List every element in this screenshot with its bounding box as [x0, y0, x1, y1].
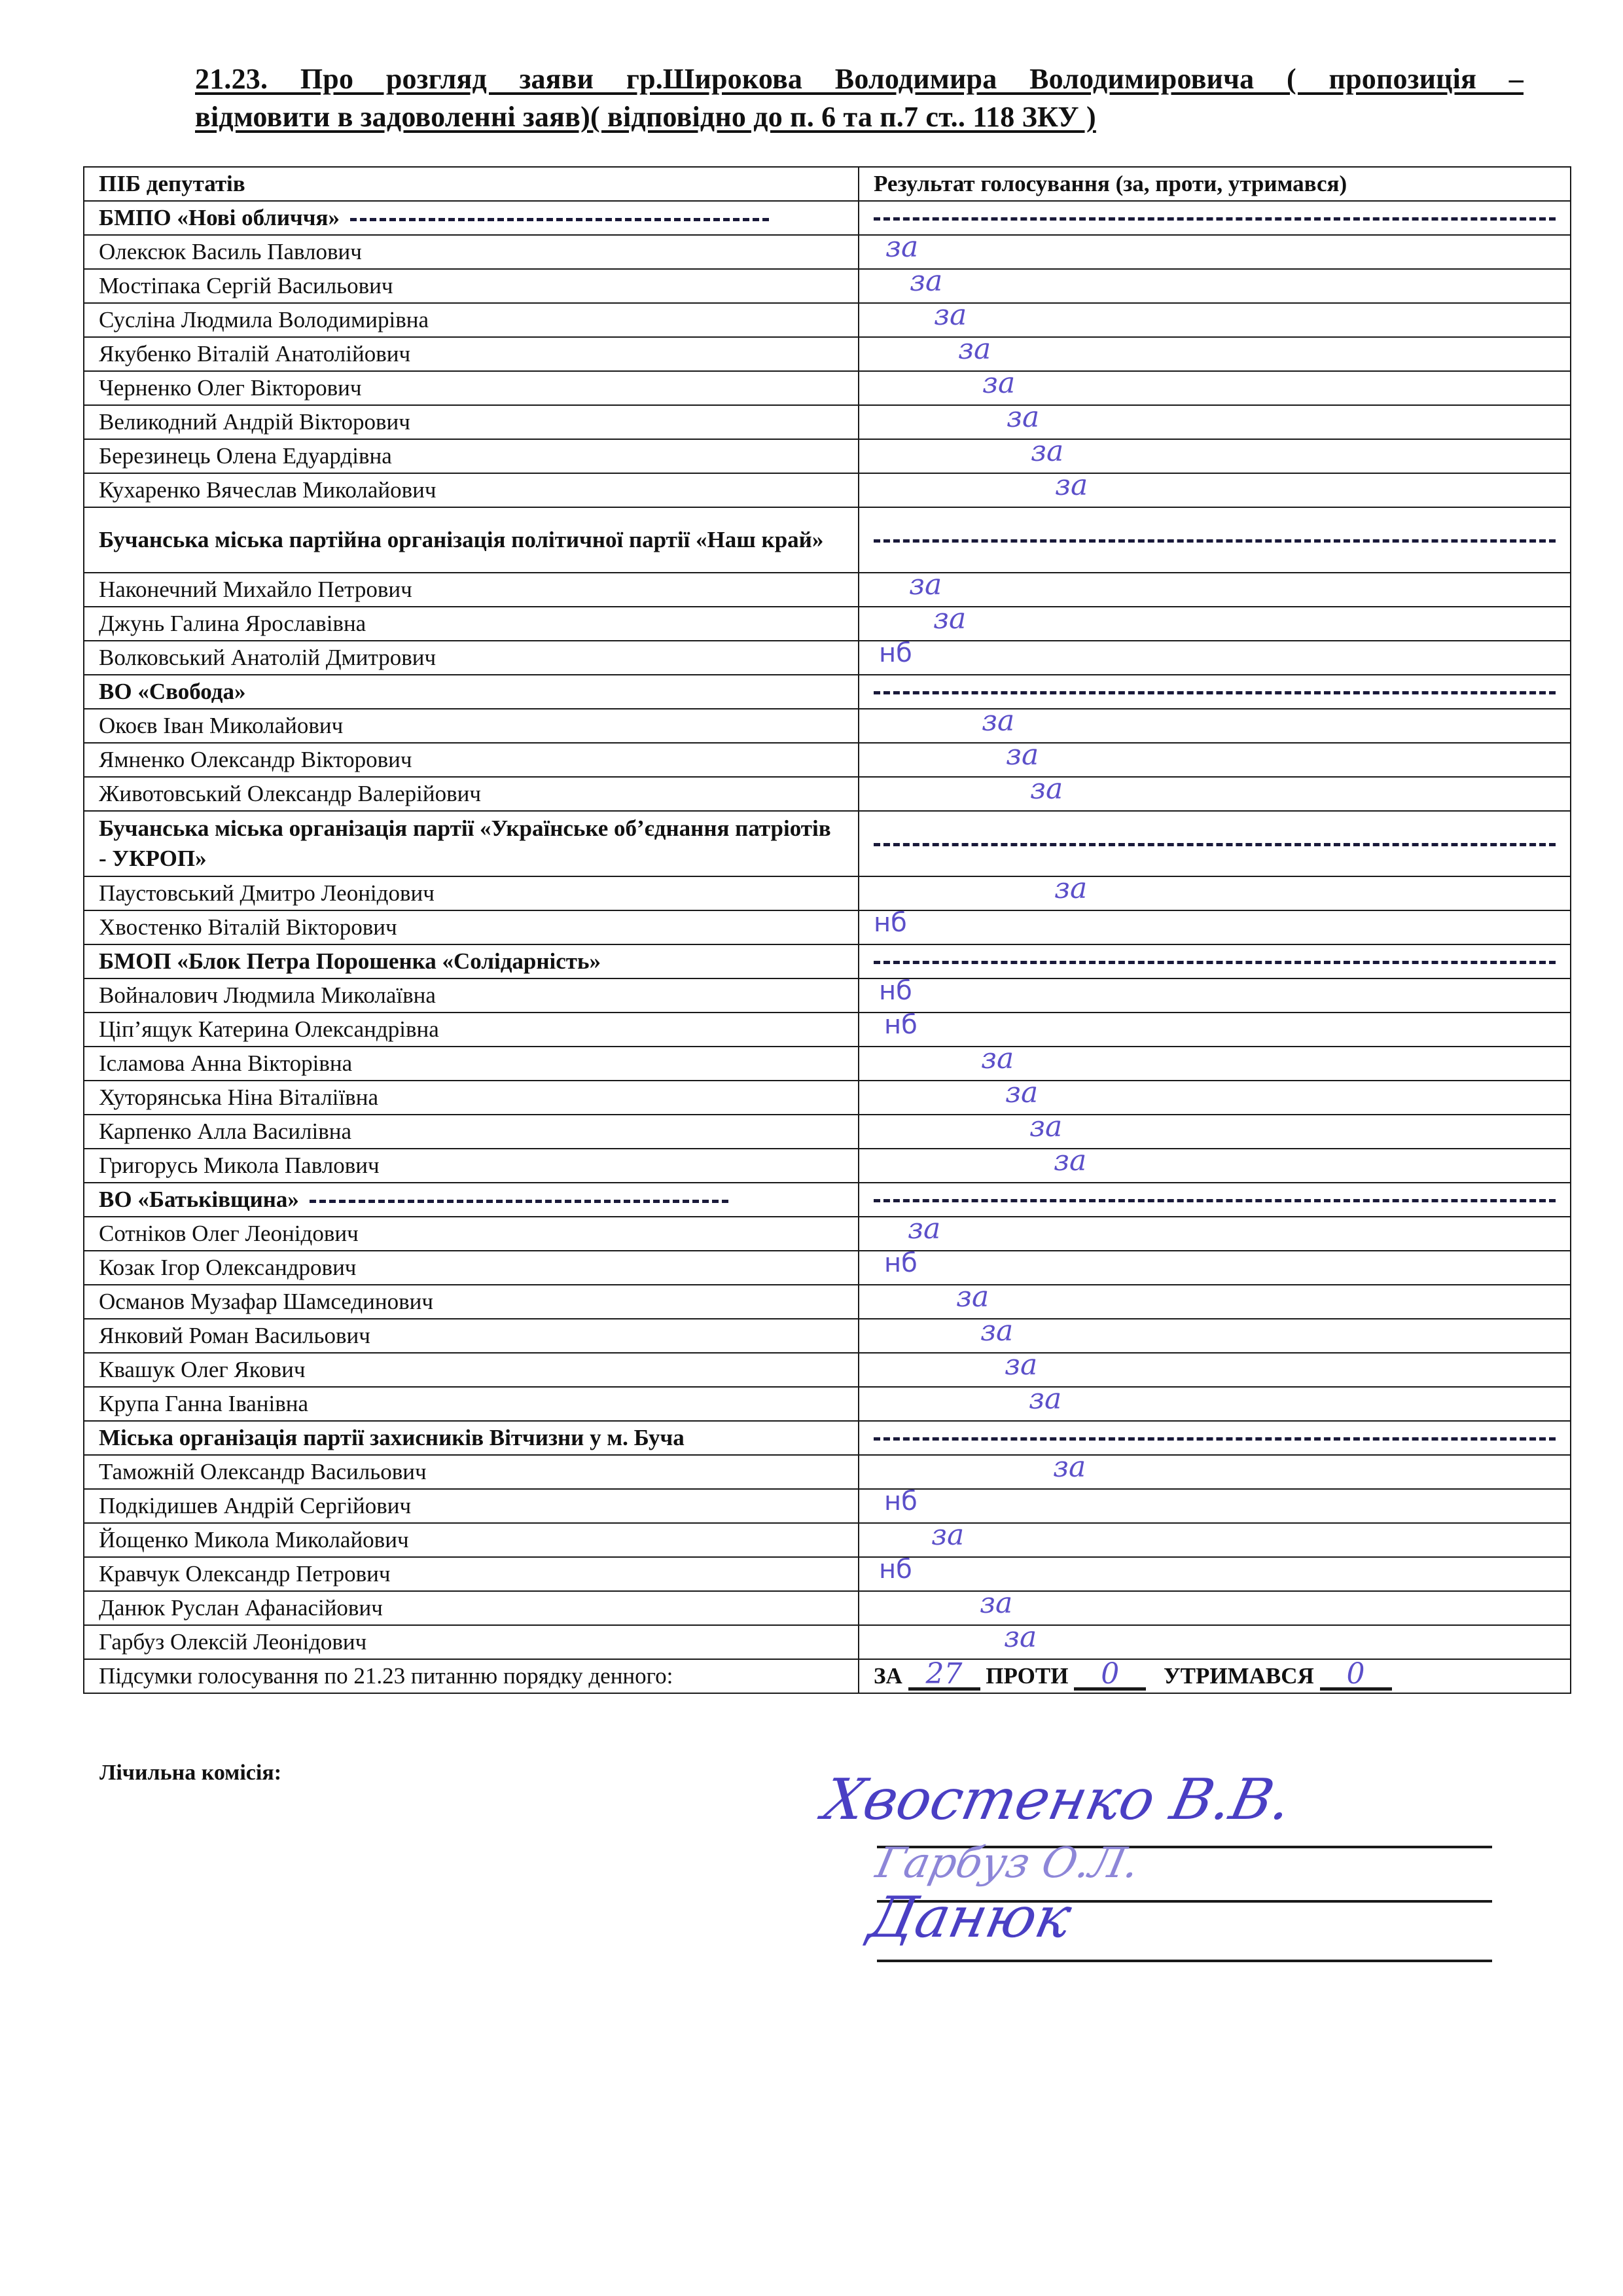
deputy-name: Гарбуз Олексій Леонідович — [84, 1625, 859, 1659]
vote-result-cell[interactable]: за — [859, 1319, 1571, 1353]
deputy-row: Григорусь Микола Павловичза — [84, 1149, 1571, 1183]
vote-result-cell[interactable]: нб — [859, 1013, 1571, 1047]
deputy-name: Окоєв Іван Миколайович — [84, 709, 859, 743]
deputy-name: Великодний Андрій Вікторович — [84, 405, 859, 439]
title-line-2: відмовити в задоволенні заяв)( відповідн… — [195, 98, 1524, 136]
handwritten-for-mark: за — [958, 334, 991, 365]
deputy-row: Войналович Людмила Миколаївнанб — [84, 978, 1571, 1013]
summary-label: Підсумки голосування по 21.23 питанню по… — [84, 1659, 859, 1693]
against-label: ПРОТИ — [986, 1663, 1068, 1689]
deputy-name: Квашук Олег Якович — [84, 1353, 859, 1387]
handwritten-for-mark: за — [1054, 873, 1087, 905]
party-group-result-placeholder — [859, 1421, 1571, 1455]
deputy-name: Наконечний Михайло Петрович — [84, 573, 859, 607]
deputy-name: Таможній Олександр Васильович — [84, 1455, 859, 1489]
against-count[interactable]: 0 — [1074, 1661, 1146, 1691]
dash-filler — [874, 961, 1556, 964]
party-group-row: БМПО «Нові обличчя» — [84, 201, 1571, 235]
party-group-row: Міська організація партії захисників Віт… — [84, 1421, 1571, 1455]
counting-commission-label: Лічильна комісія: — [99, 1761, 281, 1785]
deputy-name: Ціп’ящук Катерина Олександрівна — [84, 1013, 859, 1047]
deputy-name: Войналович Людмила Миколаївна — [84, 978, 859, 1013]
handwritten-for-mark: за — [934, 300, 967, 331]
deputy-row: Волковський Анатолій Дмитровичнб — [84, 641, 1571, 675]
agenda-item-title: 21.23. Про розгляд заяви гр.Широкова Вол… — [195, 60, 1524, 136]
party-group-name: ВО «Батьківщина» — [84, 1183, 859, 1217]
deputy-name: Кравчук Олександр Петрович — [84, 1557, 859, 1591]
vote-result-cell[interactable]: за — [859, 371, 1571, 405]
handwritten-for-mark: за — [1004, 1622, 1037, 1653]
deputy-row: Сотніков Олег Леонідовичза — [84, 1217, 1571, 1251]
deputy-name: Хвостенко Віталій Вікторович — [84, 910, 859, 944]
deputy-row: Козак Ігор Олександровичнб — [84, 1251, 1571, 1285]
deputy-name: Мостіпака Сергій Васильович — [84, 269, 859, 303]
dash-filler — [874, 843, 1556, 846]
deputy-row: Подкідишев Андрій Сергійовичнб — [84, 1489, 1571, 1523]
deputy-name: Османов Музафар Шамсединович — [84, 1285, 859, 1319]
handwritten-for-mark: за — [931, 1520, 964, 1551]
party-group-row: ВО «Батьківщина» — [84, 1183, 1571, 1217]
party-name-text: ВО «Батьківщина» — [99, 1187, 299, 1212]
dash-filler — [874, 539, 1556, 543]
handwritten-for-mark: за — [1006, 740, 1039, 771]
deputy-row: Сусліна Людмила Володимирівназа — [84, 303, 1571, 337]
vote-result-cell[interactable]: за — [859, 1625, 1571, 1659]
vote-result-cell[interactable]: за — [859, 743, 1571, 777]
handwritten-for-mark: за — [1053, 1452, 1086, 1483]
vote-result-cell[interactable]: за — [859, 1047, 1571, 1081]
for-label: ЗА — [874, 1663, 902, 1689]
deputy-row: Хуторянська Ніна Віталіївназа — [84, 1081, 1571, 1115]
vote-result-cell[interactable]: за — [859, 1081, 1571, 1115]
handwritten-for-mark: за — [980, 1588, 1012, 1619]
deputy-row: Ціп’ящук Катерина Олександрівнанб — [84, 1013, 1571, 1047]
deputy-row: Янковий Роман Васильовичза — [84, 1319, 1571, 1353]
handwritten-absent-mark: нб — [884, 1009, 918, 1041]
dash-filler — [874, 691, 1556, 694]
handwritten-absent-mark: нб — [874, 907, 907, 939]
deputy-row: Кравчук Олександр Петровичнб — [84, 1557, 1571, 1591]
handwritten-for-mark: за — [1055, 470, 1088, 501]
abstain-label: УТРИМАВСЯ — [1164, 1663, 1314, 1689]
vote-result-cell[interactable]: за — [859, 876, 1571, 910]
handwritten-for-mark: за — [981, 1043, 1014, 1075]
for-count[interactable]: 27 — [908, 1661, 980, 1691]
deputy-name: Якубенко Віталій Анатолійович — [84, 337, 859, 371]
dash-filler — [350, 218, 769, 221]
deputy-row: Ямненко Олександр Вікторовичза — [84, 743, 1571, 777]
vote-result-cell[interactable]: за — [859, 1149, 1571, 1183]
signature-3: Данюк — [863, 1885, 1077, 1950]
deputy-name: Хуторянська Ніна Віталіївна — [84, 1081, 859, 1115]
deputy-row: Крупа Ганна Іванівназа — [84, 1387, 1571, 1421]
deputy-name: Карпенко Алла Василівна — [84, 1115, 859, 1149]
deputy-row: Хвостенко Віталій Вікторовичнб — [84, 910, 1571, 944]
deputy-name: Джунь Галина Ярославівна — [84, 607, 859, 641]
deputy-row: Карпенко Алла Василівназа — [84, 1115, 1571, 1149]
handwritten-for-mark: за — [933, 603, 966, 635]
vote-result-cell[interactable]: за — [859, 405, 1571, 439]
vote-result-cell[interactable]: за — [859, 337, 1571, 371]
party-group-name: Бучанська міська партійна організація по… — [84, 507, 859, 573]
dash-filler — [874, 1437, 1556, 1441]
vote-result-cell[interactable]: нб — [859, 978, 1571, 1013]
voting-table: ПІБ депутатів Результат голосування (за,… — [83, 166, 1571, 1694]
vote-result-cell[interactable]: за — [859, 235, 1571, 269]
deputy-name: Ямненко Олександр Вікторович — [84, 743, 859, 777]
deputy-name: Паустовський Дмитро Леонідович — [84, 876, 859, 910]
vote-result-cell[interactable]: за — [859, 1217, 1571, 1251]
dash-filler — [874, 217, 1556, 221]
deputy-name: Олексюк Василь Павлович — [84, 235, 859, 269]
deputy-row: Великодний Андрій Вікторовичза — [84, 405, 1571, 439]
table-header-row: ПІБ депутатів Результат голосування (за,… — [84, 167, 1571, 201]
deputy-row: Османов Музафар Шамсединовичза — [84, 1285, 1571, 1319]
vote-result-cell[interactable]: за — [859, 607, 1571, 641]
handwritten-for-mark: за — [1029, 1384, 1061, 1415]
dash-filler — [874, 1199, 1556, 1202]
handwritten-for-mark: за — [1030, 774, 1063, 805]
deputy-row: Таможній Олександр Васильовичза — [84, 1455, 1571, 1489]
deputy-row: Животовський Олександр Валерійовичза — [84, 777, 1571, 811]
deputy-name: Янковий Роман Васильович — [84, 1319, 859, 1353]
handwritten-absent-mark: нб — [879, 637, 912, 669]
deputy-row: Мостіпака Сергій Васильовичза — [84, 269, 1571, 303]
party-group-row: Бучанська міська партійна організація по… — [84, 507, 1571, 573]
vote-result-cell[interactable]: за — [859, 777, 1571, 811]
deputy-row: Олексюк Василь Павловичза — [84, 235, 1571, 269]
summary-tally: ЗА 27 ПРОТИ 0 УТРИМАВСЯ 0 — [859, 1659, 1571, 1693]
party-group-row: Бучанська міська організація партії «Укр… — [84, 811, 1571, 876]
handwritten-for-mark: за — [909, 569, 942, 601]
handwritten-absent-mark: нб — [879, 1554, 912, 1585]
deputy-name: Животовський Олександр Валерійович — [84, 777, 859, 811]
vote-result-cell[interactable]: за — [859, 1115, 1571, 1149]
abstain-count[interactable]: 0 — [1320, 1661, 1392, 1691]
handwritten-for-mark: за — [1005, 1077, 1038, 1109]
party-group-name: ВО «Свобода» — [84, 675, 859, 709]
handwritten-for-mark: за — [1031, 436, 1063, 467]
deputy-row: Гарбуз Олексій Леонідовичза — [84, 1625, 1571, 1659]
deputy-name: Черненко Олег Вікторович — [84, 371, 859, 405]
deputy-name: Березинець Олена Едуардівна — [84, 439, 859, 473]
deputy-name: Козак Ігор Олександрович — [84, 1251, 859, 1285]
deputy-row: Квашук Олег Яковичза — [84, 1353, 1571, 1387]
handwritten-for-mark: за — [910, 266, 942, 297]
header-result: Результат голосування (за, проти, утрима… — [859, 167, 1571, 201]
handwritten-absent-mark: нб — [879, 975, 912, 1007]
deputy-name: Григорусь Микола Павлович — [84, 1149, 859, 1183]
party-group-result-placeholder — [859, 675, 1571, 709]
handwritten-absent-mark: нб — [884, 1247, 918, 1279]
party-name-text: Бучанська міська організація партії «Укр… — [99, 816, 831, 871]
party-group-result-placeholder — [859, 811, 1571, 876]
deputy-row: Джунь Галина Ярославівназа — [84, 607, 1571, 641]
vote-result-cell[interactable]: за — [859, 1591, 1571, 1625]
handwritten-for-mark: за — [908, 1213, 940, 1245]
party-group-name: БМОП «Блок Петра Порошенка «Солідарність… — [84, 944, 859, 978]
signature-2: Гарбуз О.Л. — [872, 1839, 1143, 1888]
vote-result-cell[interactable]: за — [859, 473, 1571, 507]
deputy-row: Ісламова Анна Вікторівназа — [84, 1047, 1571, 1081]
vote-result-cell[interactable]: за — [859, 1387, 1571, 1421]
summary-row: Підсумки голосування по 21.23 питанню по… — [84, 1659, 1571, 1693]
vote-result-cell[interactable]: за — [859, 439, 1571, 473]
party-group-result-placeholder — [859, 944, 1571, 978]
handwritten-for-mark: за — [982, 706, 1014, 737]
party-name-text: ВО «Свобода» — [99, 679, 246, 704]
handwritten-for-mark: за — [982, 368, 1015, 399]
handwritten-for-mark: за — [1029, 1111, 1062, 1143]
party-name-text: Міська організація партії захисників Віт… — [99, 1425, 685, 1450]
party-group-name: Міська організація партії захисників Віт… — [84, 1421, 859, 1455]
vote-result-cell[interactable]: нб — [859, 910, 1571, 944]
signature-1: Хвостенко В.В. — [817, 1767, 1297, 1833]
title-line-1: 21.23. Про розгляд заяви гр.Широкова Вол… — [195, 60, 1524, 98]
party-group-result-placeholder — [859, 1183, 1571, 1217]
deputy-name: Кухаренко Вячеслав Миколайович — [84, 473, 859, 507]
party-group-result-placeholder — [859, 507, 1571, 573]
vote-result-cell[interactable]: за — [859, 709, 1571, 743]
deputy-row: Окоєв Іван Миколайовичза — [84, 709, 1571, 743]
deputy-name: Йощенко Микола Миколайович — [84, 1523, 859, 1557]
handwritten-for-mark: за — [980, 1316, 1013, 1347]
deputy-name: Ісламова Анна Вікторівна — [84, 1047, 859, 1081]
party-group-row: ВО «Свобода» — [84, 675, 1571, 709]
handwritten-absent-mark: нб — [884, 1486, 918, 1517]
party-name-text: Бучанська міська партійна організація по… — [99, 527, 823, 552]
handwritten-for-mark: за — [885, 232, 918, 263]
vote-result-cell[interactable]: нб — [859, 1489, 1571, 1523]
deputy-row: Кухаренко Вячеслав Миколайовичза — [84, 473, 1571, 507]
deputy-name: Сусліна Людмила Володимирівна — [84, 303, 859, 337]
deputy-name: Сотніков Олег Леонідович — [84, 1217, 859, 1251]
handwritten-for-mark: за — [956, 1282, 989, 1313]
deputy-name: Данюк Руслан Афанасійович — [84, 1591, 859, 1625]
vote-result-cell[interactable]: за — [859, 1523, 1571, 1557]
party-group-name: БМПО «Нові обличчя» — [84, 201, 859, 235]
deputy-row: Паустовський Дмитро Леонідовичза — [84, 876, 1571, 910]
party-name-text: БМОП «Блок Петра Порошенка «Солідарність… — [99, 948, 601, 974]
deputy-row: Черненко Олег Вікторовичза — [84, 371, 1571, 405]
vote-result-cell[interactable]: нб — [859, 1557, 1571, 1591]
handwritten-for-mark: за — [1054, 1145, 1086, 1177]
party-group-name: Бучанська міська організація партії «Укр… — [84, 811, 859, 876]
deputy-row: Данюк Руслан Афанасійовичза — [84, 1591, 1571, 1625]
party-group-row: БМОП «Блок Петра Порошенка «Солідарність… — [84, 944, 1571, 978]
handwritten-for-mark: за — [1005, 1350, 1037, 1381]
deputy-row: Березинець Олена Едуардівназа — [84, 439, 1571, 473]
deputy-name: Подкідишев Андрій Сергійович — [84, 1489, 859, 1523]
party-group-result-placeholder — [859, 201, 1571, 235]
signature-line-3 — [877, 1960, 1492, 1962]
deputy-name: Волковський Анатолій Дмитрович — [84, 641, 859, 675]
deputy-row: Йощенко Микола Миколайовичза — [84, 1523, 1571, 1557]
header-deputies: ПІБ депутатів — [84, 167, 859, 201]
vote-result-cell[interactable]: за — [859, 1285, 1571, 1319]
deputy-row: Наконечний Михайло Петровичза — [84, 573, 1571, 607]
vote-result-cell[interactable]: за — [859, 1353, 1571, 1387]
party-name-text: БМПО «Нові обличчя» — [99, 205, 340, 230]
dash-filler — [310, 1200, 728, 1203]
vote-result-cell[interactable]: за — [859, 1455, 1571, 1489]
vote-result-cell[interactable]: нб — [859, 641, 1571, 675]
deputy-name: Крупа Ганна Іванівна — [84, 1387, 859, 1421]
handwritten-for-mark: за — [1007, 402, 1039, 433]
deputy-row: Якубенко Віталій Анатолійовичза — [84, 337, 1571, 371]
